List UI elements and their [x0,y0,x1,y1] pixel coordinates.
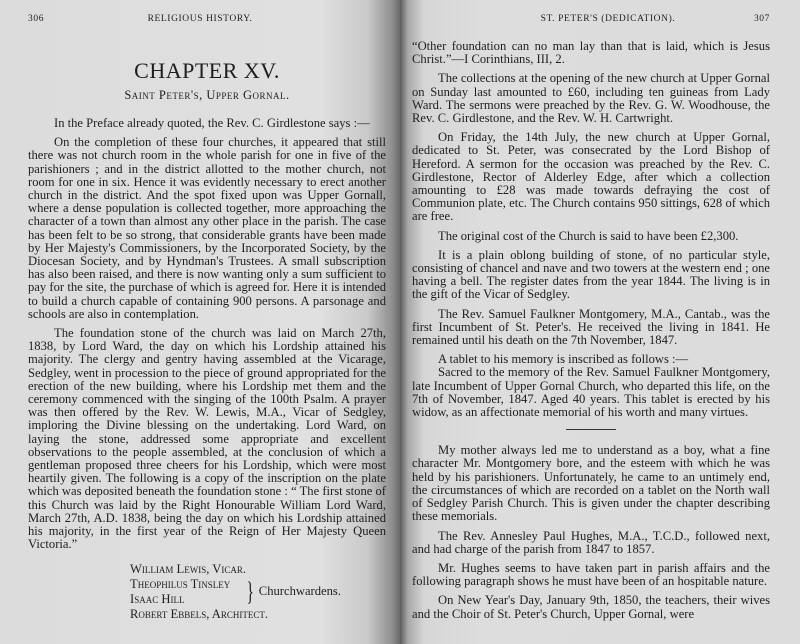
section-divider [566,429,616,430]
paragraph: On Friday, the 14th July, the new church… [412,131,770,223]
paragraph-quote: “Other foundation can no man lay than th… [412,40,770,66]
paragraph: In the Preface already quoted, the Rev. … [28,117,386,130]
page-number: 307 [754,14,770,24]
paragraph: The foundation stone of the church was l… [28,327,386,551]
running-head-title: ST. PETER'S (DEDICATION). [412,14,754,24]
signature-churchwarden: Theophilus Tinsley [130,577,230,592]
page-number: 306 [28,14,44,24]
churchwardens-label: Churchwardens. [259,584,341,599]
right-page: ST. PETER'S (DEDICATION). 307 “Other fou… [400,0,800,644]
paragraph: The original cost of the Church is said … [412,230,770,243]
paragraph-inscription: Sacred to the memory of the Rev. Samuel … [412,366,770,419]
paragraph: The Rev. Samuel Faulkner Montgomery, M.A… [412,308,770,348]
paragraph: My mother always led me to understand as… [412,444,770,523]
chapter-title: CHAPTER XV. [28,58,386,84]
signature-vicar: William Lewis, Vicar. [130,562,386,577]
brace-icon: } [247,579,254,605]
paragraph: The Rev. Annesley Paul Hughes, M.A., T.C… [412,530,770,556]
paragraph: Mr. Hughes seems to have taken part in p… [412,562,770,588]
signatures: William Lewis, Vicar. Theophilus Tinsley… [130,562,386,622]
paragraph: The collections at the opening of the ne… [412,72,770,125]
left-running-head: 306 RELIGIOUS HISTORY. [28,14,386,32]
paragraph: On New Year's Day, January 9th, 1850, th… [412,594,770,620]
signature-architect: Robert Ebbels, Architect. [130,607,386,622]
signature-churchwarden: Isaac Hill [130,592,230,607]
book-spread: 306 RELIGIOUS HISTORY. CHAPTER XV. Saint… [0,0,800,644]
right-running-head: ST. PETER'S (DEDICATION). 307 [412,14,770,32]
signature-churchwardens: Theophilus Tinsley Isaac Hill } Churchwa… [130,577,386,607]
paragraph: It is a plain oblong building of stone, … [412,249,770,302]
left-page: 306 RELIGIOUS HISTORY. CHAPTER XV. Saint… [0,0,400,644]
running-head-title: RELIGIOUS HISTORY. [44,14,386,24]
chapter-subtitle: Saint Peter's, Upper Gornal. [28,88,386,103]
paragraph-quote: On the completion of these four churches… [28,136,386,321]
